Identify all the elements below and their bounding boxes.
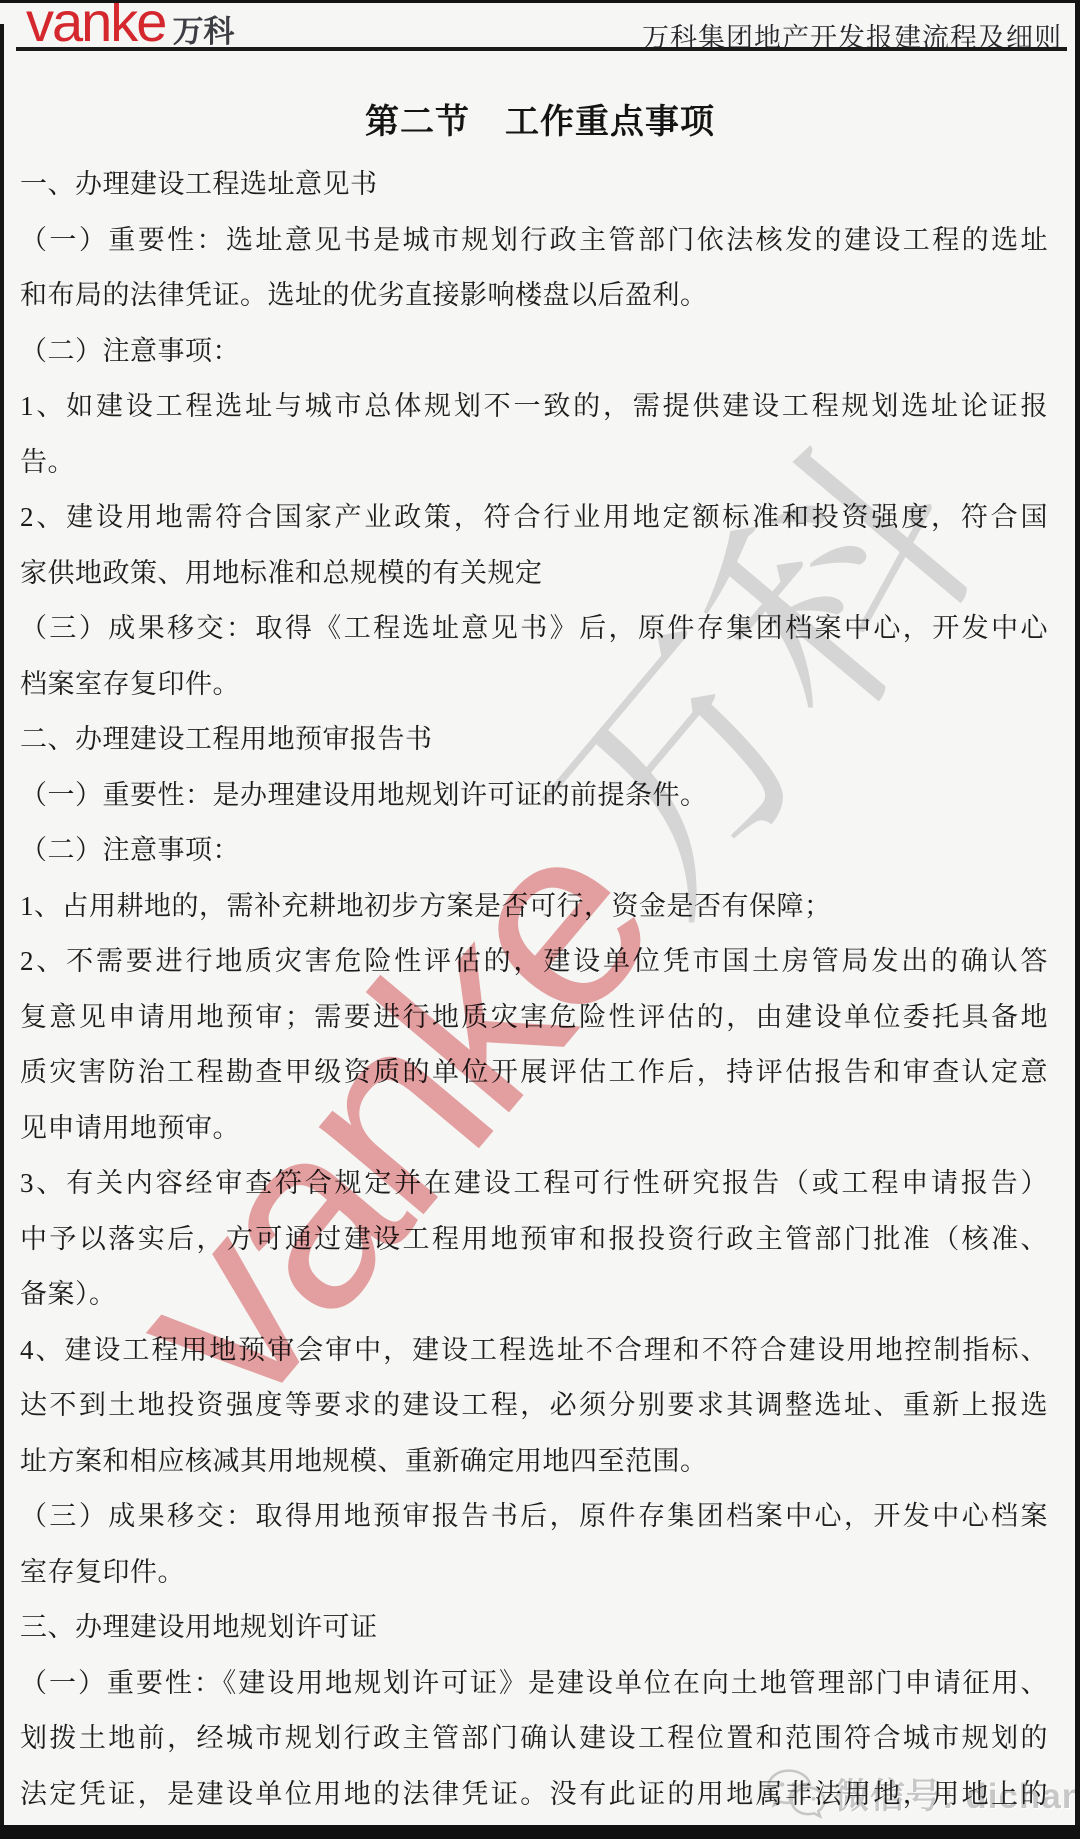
header-divider-line	[16, 47, 1067, 51]
page-border-right	[1075, 0, 1080, 1839]
text-line: 二、办理建设工程用地预审报告书	[20, 712, 1048, 768]
section-title: 第二节 工作重点事项	[0, 100, 1080, 144]
text-line: 3、有关内容经审查符合规定并在建设工程可行性研究报告（或工程申请报告）	[20, 1156, 1048, 1212]
text-line: （一）重要性：是办理建设用地规划许可证的前提条件。	[20, 768, 1048, 824]
text-line: 1、如建设工程选址与城市总体规划不一致的，需提供建设工程规划选址论证报	[20, 379, 1048, 435]
page-border-left	[0, 24, 4, 1839]
vanke-logo-cjk: 万科	[172, 16, 234, 47]
text-line: 见申请用地预审。	[20, 1101, 1048, 1157]
body-text: 一、办理建设工程选址意见书（一）重要性：选址意见书是城市规划行政主管部门依法核发…	[20, 157, 1048, 1822]
text-line: 址方案和相应核减其用地规模、重新确定用地四至范围。	[20, 1434, 1048, 1490]
text-line: 达不到土地投资强度等要求的建设工程，必须分别要求其调整选址、重新上报选	[20, 1378, 1048, 1434]
text-line: 三、办理建设用地规划许可证	[20, 1600, 1048, 1656]
page-border-bottom	[0, 1825, 1080, 1839]
document-page: vanke 万科 万科集团地产开发报建流程及细则 第二节 工作重点事项 一、办理…	[0, 0, 1080, 1839]
text-line: 中予以落实后，方可通过建设工程用地预审和报投资行政主管部门批准（核准、	[20, 1212, 1048, 1268]
text-line: （三）成果移交：取得《工程选址意见书》后，原件存集团档案中心，开发中心	[20, 601, 1048, 657]
text-line: （二）注意事项：	[20, 823, 1048, 879]
text-line: （三）成果移交：取得用地预审报告书后，原件存集团档案中心，开发中心档案	[20, 1489, 1048, 1545]
text-line: 2、不需要进行地质灾害危险性评估的，建设单位凭市国土房管局发出的确认答	[20, 934, 1048, 990]
text-line: 家供地政策、用地标准和总规模的有关规定	[20, 546, 1048, 602]
text-line: 和布局的法律凭证。选址的优劣直接影响楼盘以后盈利。	[20, 268, 1048, 324]
text-line: （二）注意事项：	[20, 324, 1048, 380]
text-line: 档案室存复印件。	[20, 657, 1048, 713]
text-line: 4、建设工程用地预审会审中，建设工程选址不合理和不符合建设用地控制指标、	[20, 1323, 1048, 1379]
text-line: 复意见申请用地预审；需要进行地质灾害危险性评估的，由建设单位委托具备地	[20, 990, 1048, 1046]
text-line: 质灾害防治工程勘查甲级资质的单位开展评估工作后，持评估报告和审查认定意	[20, 1045, 1048, 1101]
text-line: 备案）。	[20, 1267, 1048, 1323]
text-line: 法定凭证，是建设单位用地的法律凭证。没有此证的用地属非法用地，用地上的	[20, 1767, 1048, 1823]
text-line: 一、办理建设工程选址意见书	[20, 157, 1048, 213]
vanke-logo: vanke 万科	[26, 0, 234, 50]
text-line: （一）重要性：《建设用地规划许可证》是建设单位在向土地管理部门申请征用、	[20, 1656, 1048, 1712]
text-line: 2、建设用地需符合国家产业政策，符合行业用地定额标准和投资强度，符合国	[20, 490, 1048, 546]
page-border-top	[0, 0, 1080, 3]
text-line: （一）重要性：选址意见书是城市规划行政主管部门依法核发的建设工程的选址	[20, 213, 1048, 269]
text-line: 室存复印件。	[20, 1545, 1048, 1601]
text-line: 告。	[20, 435, 1048, 491]
text-line: 划拨土地前，经城市规划行政主管部门确认建设工程位置和范围符合城市规划的	[20, 1711, 1048, 1767]
vanke-logo-latin: vanke	[26, 0, 165, 50]
text-line: 1、占用耕地的，需补充耕地初步方案是否可行，资金是否有保障；	[20, 879, 1048, 935]
